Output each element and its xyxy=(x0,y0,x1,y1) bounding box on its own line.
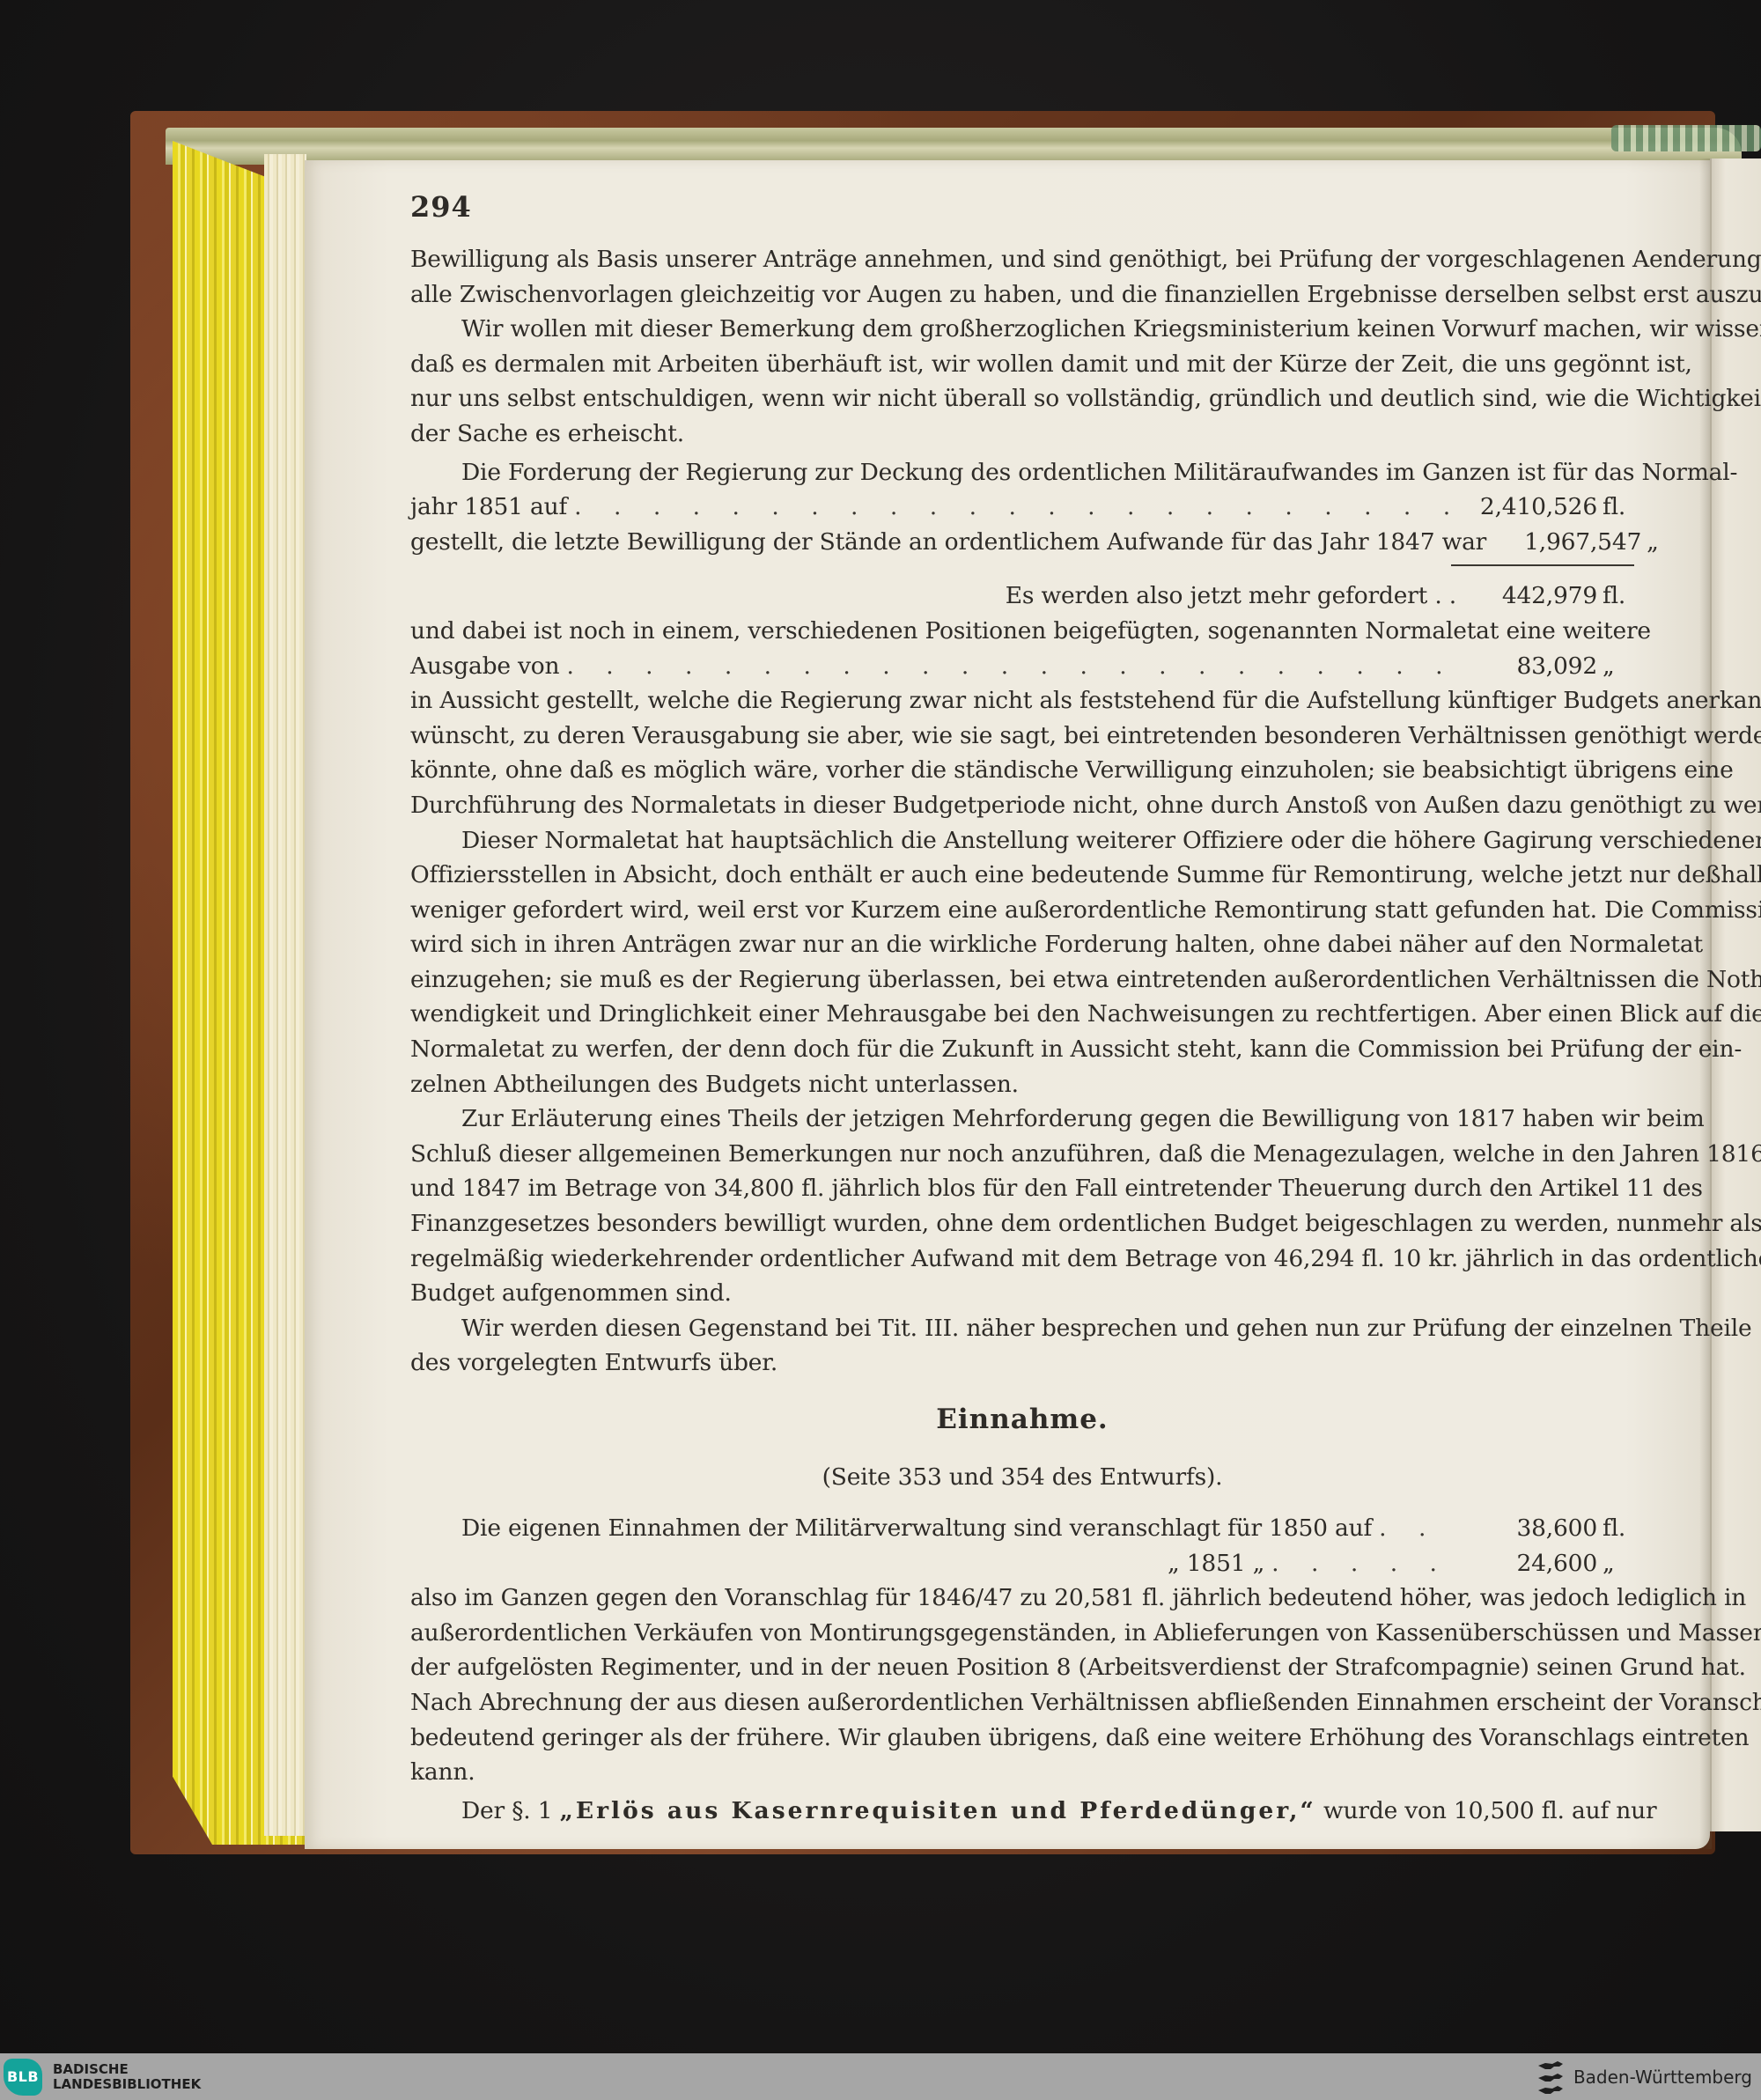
footer-bar: BLB BADISCHE LANDESBIBLIOTHEK Baden-Würt… xyxy=(0,2053,1761,2100)
text-line: wird sich in ihren Anträgen zwar nur an … xyxy=(410,927,1634,962)
dot-leader: . . . . . . . . . . . . . . . . xyxy=(1271,1546,1449,1581)
paragraph: Zur Erläuterung eines Theils der jetzige… xyxy=(410,1102,1634,1311)
text-line: nur uns selbst entschuldigen, wenn wir n… xyxy=(410,381,1634,416)
text-line: zelnen Abtheilungen des Budgets nicht un… xyxy=(410,1067,1634,1102)
state-name: Baden-Württemberg xyxy=(1573,2067,1752,2088)
text-line: Schluß dieser allgemeinen Bemerkungen nu… xyxy=(410,1137,1634,1172)
three-lions-coat-of-arms-icon xyxy=(1536,2059,1565,2096)
text-line: Budget aufgenommen sind. xyxy=(410,1276,1634,1311)
sum-rule xyxy=(410,559,1634,578)
text-line: Normaletat zu werfen, der denn doch für … xyxy=(410,1032,1634,1067)
paragraph-group-1: Bewilligung als Basis unserer Anträge an… xyxy=(410,242,1634,452)
paragraph: Dieser Normaletat hat hauptsächlich die … xyxy=(410,823,1634,1102)
text-line: Zur Erläuterung eines Theils der jetzige… xyxy=(410,1102,1634,1137)
headband xyxy=(1611,125,1761,151)
text-line: alle Zwischenvorlagen gleichzeitig vor A… xyxy=(410,277,1634,313)
text-line: und 1847 im Betrage von 34,800 fl. jährl… xyxy=(410,1171,1634,1206)
budget-intro: Die Forderung der Regierung zur Deckung … xyxy=(410,455,1634,490)
text-line: Durchführung des Normaletats in dieser B… xyxy=(410,788,1634,823)
text-line: regelmäßig wiederkehrender ordentlicher … xyxy=(410,1242,1634,1277)
page-block-top-edge xyxy=(166,128,1742,165)
text-line: wünscht, zu deren Verausgabung sie aber,… xyxy=(410,718,1634,754)
income-row-1850: Die eigenen Einnahmen der Militärverwalt… xyxy=(410,1511,1634,1546)
paragraph-group-2: in Aussicht gestellt, welche die Regieru… xyxy=(410,683,1634,1381)
text-line: Wir werden diesen Gegenstand bei Tit. II… xyxy=(410,1311,1634,1346)
text-line: also im Ganzen gegen den Voranschlag für… xyxy=(410,1581,1634,1616)
budget-row-1847: gestellt, die letzte Bewilligung der Stä… xyxy=(410,525,1634,560)
text-line: Bewilligung als Basis unserer Anträge an… xyxy=(410,242,1634,277)
text-line: der aufgelösten Regimenter, und in der n… xyxy=(410,1650,1634,1685)
paragraph: Bewilligung als Basis unserer Anträge an… xyxy=(410,242,1634,312)
budget-row-1851: jahr 1851 auf . . . . . . . . . . . . . … xyxy=(410,490,1634,525)
page-number: 294 xyxy=(410,189,1634,242)
text-line: des vorgelegten Entwurfs über. xyxy=(410,1345,1634,1381)
text-line: Offiziersstellen in Absicht, doch enthäl… xyxy=(410,858,1634,893)
text-line: daß es dermalen mit Arbeiten überhäuft i… xyxy=(410,347,1634,382)
paragraph: Wir werden diesen Gegenstand bei Tit. II… xyxy=(410,1311,1634,1381)
text-line: Dieser Normaletat hat hauptsächlich die … xyxy=(410,823,1634,858)
text-line: einzugehen; sie muß es der Regierung übe… xyxy=(410,962,1634,998)
blb-badge-icon: BLB xyxy=(4,2059,42,2096)
text-line: der Sache es erheischt. xyxy=(410,416,1634,452)
extra-intro: und dabei ist noch in einem, verschieden… xyxy=(410,614,1634,649)
difference-row: Es werden also jetzt mehr gefordert . . … xyxy=(410,578,1634,614)
dot-leader: . . . . . . . . . . . . . xyxy=(1379,1511,1449,1546)
section-subheading: (Seite 353 und 354 des Entwurfs). xyxy=(410,1444,1634,1511)
paragraph: Wir wollen mit dieser Bemerkung dem groß… xyxy=(410,312,1634,451)
income-row-1851: „ 1851 „ . . . . . . . . . . . . . . . .… xyxy=(410,1546,1634,1581)
text-line: wendigkeit und Dringlichkeit einer Mehra… xyxy=(410,997,1634,1032)
text-line: in Aussicht gestellt, welche die Regieru… xyxy=(410,683,1634,718)
dot-leader: . . . . . . . . . . . . . . . . . . . . … xyxy=(566,649,1449,684)
text-line: außerordentlichen Verkäufen von Montirun… xyxy=(410,1616,1634,1651)
paragraph-group-3: also im Ganzen gegen den Voranschlag für… xyxy=(410,1581,1634,1790)
text-line: könnte, ohne daß es möglich wäre, vorher… xyxy=(410,753,1634,788)
text-line: Wir wollen mit dieser Bemerkung dem groß… xyxy=(410,312,1634,347)
dot-leader: . . . . . . . . . . . . . . . . . . . . … xyxy=(574,490,1449,525)
text-line: kann. xyxy=(410,1755,1634,1790)
baden-wuerttemberg-logo[interactable]: Baden-Württemberg xyxy=(1536,2059,1752,2096)
text-line: bedeutend geringer als der frühere. Wir … xyxy=(410,1721,1634,1756)
page-stack-inner xyxy=(264,154,306,1836)
blb-logo[interactable]: BLB BADISCHE LANDESBIBLIOTHEK xyxy=(4,2059,201,2096)
extra-expense-row: Ausgabe von . . . . . . . . . . . . . . … xyxy=(410,649,1634,684)
text-line: Nach Abrechnung der aus diesen außerorde… xyxy=(410,1685,1634,1721)
text-line: Finanzgesetzes besonders bewilligt wurde… xyxy=(410,1206,1634,1242)
blb-name: BADISCHE LANDESBIBLIOTHEK xyxy=(53,2062,201,2092)
text-line: weniger gefordert wird, weil erst vor Ku… xyxy=(410,893,1634,928)
final-line: Der §. 1 „Erlös aus Kasernrequisiten und… xyxy=(410,1794,1634,1829)
paragraph: in Aussicht gestellt, welche die Regieru… xyxy=(410,683,1634,822)
paragraph: also im Ganzen gegen den Voranschlag für… xyxy=(410,1581,1634,1790)
section-heading: Einnahme. xyxy=(410,1395,1634,1444)
page-text: 294 Bewilligung als Basis unserer Anträg… xyxy=(410,189,1634,1828)
